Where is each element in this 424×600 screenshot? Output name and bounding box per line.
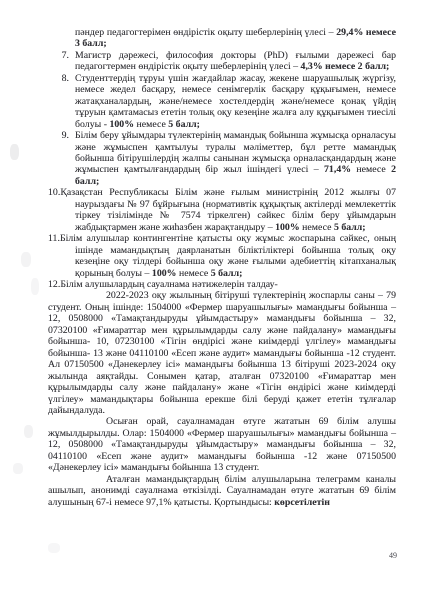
body-text: Аталған мамандықтардың білім алушыларына… bbox=[48, 474, 396, 508]
list-item-11: 11.Білім алушылар контингентіне қатысты … bbox=[48, 233, 396, 279]
list-item-10: 10.Қазақстан Республикасы Білім және ғыл… bbox=[48, 187, 396, 233]
emphasized-text: 4,3% немесе 2 балл; bbox=[301, 61, 390, 72]
body-text: 2022-2023 оқу жылының бітіруші түлектері… bbox=[48, 290, 396, 416]
scan-artifact bbox=[10, 144, 19, 160]
body-text: немесе bbox=[351, 164, 391, 175]
list-item-8: 8.Студенттердің тұруы үшін жағдайлар жас… bbox=[48, 73, 396, 130]
emphasized-text: көрсетілетін bbox=[274, 497, 330, 508]
list-number: 7. bbox=[48, 50, 73, 61]
list-number: 11. bbox=[48, 233, 60, 244]
emphasized-text: 100% bbox=[275, 222, 300, 233]
body-text: немесе bbox=[176, 268, 210, 279]
scan-artifact bbox=[21, 252, 31, 267]
emphasized-text: 5 балл; bbox=[334, 222, 366, 233]
body-text: пәндер педагогтерімен өндірістік оқыту ш… bbox=[75, 27, 336, 38]
list-number: 9. bbox=[48, 130, 73, 141]
emphasized-text: 100% bbox=[109, 119, 134, 130]
scan-artifact bbox=[48, 543, 60, 553]
scan-artifact bbox=[13, 463, 23, 474]
emphasized-text: 100% bbox=[152, 268, 177, 279]
document-body: пәндер педагогтерімен өндірістік оқыту ш… bbox=[48, 27, 396, 508]
page-number: 49 bbox=[389, 551, 397, 560]
body-text: Осыған орай, сауалнамадан өтуге жататын … bbox=[48, 416, 396, 473]
list-number: 8. bbox=[48, 73, 73, 84]
emphasized-text: 71,4% bbox=[324, 164, 351, 175]
body-text: Білім алушылардың сауалнама нәтижелерін … bbox=[60, 279, 277, 290]
list-number: 10. bbox=[48, 187, 60, 198]
document-page: пәндер педагогтерімен өндірістік оқыту ш… bbox=[0, 0, 424, 600]
body-text: немесе bbox=[300, 222, 334, 233]
body-text: немесе bbox=[134, 119, 168, 130]
emphasized-text: 5 балл; bbox=[211, 268, 243, 279]
paragraph-survey-cohort: Осыған орай, сауалнамадан өтуге жататын … bbox=[48, 416, 396, 473]
paragraph-graduates-plan: 2022-2023 оқу жылының бітіруші түлектері… bbox=[48, 290, 396, 416]
scan-artifact bbox=[24, 425, 33, 438]
list-item-12: 12.Білім алушылардың сауалнама нәтижелер… bbox=[48, 279, 396, 290]
list-item-9: 9.Білім беру ұйымдары түлектерінің маман… bbox=[48, 130, 396, 187]
scan-artifact bbox=[31, 278, 39, 295]
list-item-7: 7.Магистр дәрежесі, философия докторы (P… bbox=[48, 50, 396, 73]
list-number: 12. bbox=[48, 279, 60, 290]
paragraph-survey-results: Аталған мамандықтардың білім алушыларына… bbox=[48, 474, 396, 508]
emphasized-text: 5 балл; bbox=[168, 119, 200, 130]
item-6-continuation: пәндер педагогтерімен өндірістік оқыту ш… bbox=[48, 27, 396, 50]
